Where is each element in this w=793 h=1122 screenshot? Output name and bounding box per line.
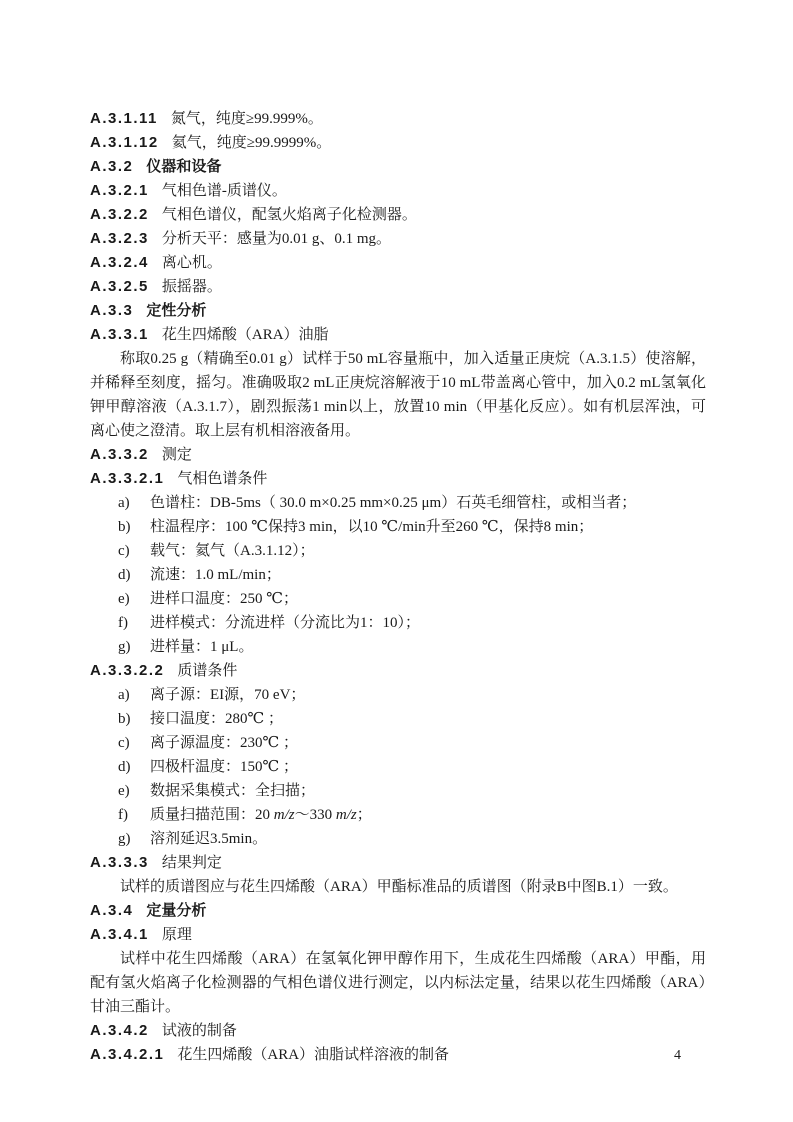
mz-symbol: m/z [274,807,295,823]
document-body: A.3.1.11氮气，纯度≥99.999%。 A.3.1.12氦气，纯度≥99.… [90,107,706,1067]
mass-range-prefix: 质量扫描范围：20 [150,807,274,823]
clause-number: A.3.4.1 [90,926,149,943]
list-marker: e) [118,779,150,803]
clause-text: 原理 [162,927,192,943]
clause-number: A.3.2.1 [90,182,149,199]
list-text: 溶剂延迟3.5min。 [150,831,267,847]
list-text: 进样口温度：250 ℃； [150,591,298,607]
clause-number: A.3.2.2 [90,206,149,223]
clause-number: A.3.2 [90,158,133,175]
gc-condition-d: d)流速：1.0 mL/min； [90,563,706,587]
list-text: 四极杆温度：150℃ ； [150,759,298,775]
clause-number: A.3.4 [90,902,133,919]
clause-number: A.3.2.3 [90,230,149,247]
paragraph-principle: 试样中花生四烯酸（ARA）在氢氧化钾甲醇作用下，生成花生四烯酸（ARA）甲酯，用… [90,947,706,1019]
clause-number: A.3.3.2.2 [90,662,164,679]
list-marker: c) [118,731,150,755]
ms-condition-g: g)溶剂延迟3.5min。 [90,827,706,851]
list-marker: g) [118,827,150,851]
gc-condition-f: f)进样模式：分流进样（分流比为1：10）； [90,611,706,635]
heading-text: 定性分析 [146,302,206,319]
clause-text: 离心机。 [162,255,222,271]
clause-a3112: A.3.1.12氦气，纯度≥99.9999%。 [90,131,706,155]
list-text: 离子源温度：230℃ ； [150,735,298,751]
clause-number: A.3.3.1 [90,326,149,343]
clause-text: 氮气，纯度≥99.999%。 [171,111,323,127]
clause-a325: A.3.2.5振摇器。 [90,275,706,299]
list-marker: f) [118,803,150,827]
clause-number: A.3.3.3 [90,854,149,871]
clause-text: 试液的制备 [162,1023,237,1039]
clause-number: A.3.2.5 [90,278,149,295]
clause-number: A.3.3 [90,302,133,319]
clause-a324: A.3.2.4离心机。 [90,251,706,275]
list-text: 进样量：1 μL。 [150,639,253,655]
document-page: { "page_number": "4", "colors": { "text"… [0,0,793,1122]
list-marker: c) [118,539,150,563]
ms-condition-c: c)离子源温度：230℃ ； [90,731,706,755]
list-marker: a) [118,683,150,707]
clause-text: 振摇器。 [162,279,222,295]
list-marker: e) [118,587,150,611]
clause-a341: A.3.4.1原理 [90,923,706,947]
clause-a321: A.3.2.1气相色谱-质谱仪。 [90,179,706,203]
clause-a3111: A.3.1.11氮气，纯度≥99.999%。 [90,107,706,131]
gc-condition-c: c)载气：氦气（A.3.1.12）； [90,539,706,563]
list-text: 流速：1.0 mL/min； [150,567,281,583]
ms-condition-b: b)接口温度：280℃ ； [90,707,706,731]
heading-a32: A.3.2仪器和设备 [90,155,706,179]
list-marker: a) [118,491,150,515]
list-text: 进样模式：分流进样（分流比为1：10）； [150,615,420,631]
heading-a34: A.3.4定量分析 [90,899,706,923]
clause-a333: A.3.3.3结果判定 [90,851,706,875]
heading-text: 仪器和设备 [146,158,221,175]
clause-number: A.3.2.4 [90,254,149,271]
clause-text: 花生四烯酸（ARA）油脂试样溶液的制备 [177,1047,449,1063]
clause-number: A.3.4.2.1 [90,1046,164,1063]
clause-text: 分析天平：感量为0.01 g、0.1 mg。 [162,231,391,247]
clause-text: 结果判定 [162,855,222,871]
gc-condition-a: a)色谱柱：DB-5ms（ 30.0 m×0.25 mm×0.25 μm）石英毛… [90,491,706,515]
mz-symbol: m/z [336,807,357,823]
list-text: 柱温程序：100 ℃保持3 min，以10 ℃/min升至260 ℃，保持8 m… [150,519,593,535]
list-marker: b) [118,707,150,731]
list-text: 载气：氦气（A.3.1.12）； [150,543,315,559]
paragraph-sample-prep: 称取0.25 g（精确至0.01 g）试样于50 mL容量瓶中，加入适量正庚烷（… [90,347,706,443]
clause-a331: A.3.3.1花生四烯酸（ARA）油脂 [90,323,706,347]
clause-a3322: A.3.3.2.2质谱条件 [90,659,706,683]
clause-a323: A.3.2.3分析天平：感量为0.01 g、0.1 mg。 [90,227,706,251]
clause-number: A.3.3.2 [90,446,149,463]
clause-number: A.3.1.11 [90,110,158,127]
page-number: 4 [674,1044,681,1068]
list-text: 数据采集模式：全扫描； [150,783,315,799]
clause-number: A.3.4.2 [90,1022,149,1039]
clause-a322: A.3.2.2气相色谱仪，配氢火焰离子化检测器。 [90,203,706,227]
list-text: 质量扫描范围：20 m/z～330 m/z； [150,807,372,823]
gc-condition-e: e)进样口温度：250 ℃； [90,587,706,611]
list-text: 离子源：EI源，70 eV； [150,687,305,703]
mass-range-suffix: ； [357,807,372,823]
ms-condition-a: a)离子源：EI源，70 eV； [90,683,706,707]
clause-number: A.3.3.2.1 [90,470,164,487]
gc-condition-b: b)柱温程序：100 ℃保持3 min，以10 ℃/min升至260 ℃，保持8… [90,515,706,539]
ms-condition-f: f)质量扫描范围：20 m/z～330 m/z； [90,803,706,827]
list-marker: d) [118,563,150,587]
clause-text: 测定 [162,447,192,463]
clause-text: 气相色谱-质谱仪。 [162,183,287,199]
clause-text: 气相色谱条件 [177,471,267,487]
gc-condition-g: g)进样量：1 μL。 [90,635,706,659]
clause-number: A.3.1.12 [90,134,159,151]
clause-a3321: A.3.3.2.1气相色谱条件 [90,467,706,491]
heading-a33: A.3.3定性分析 [90,299,706,323]
clause-text: 氦气，纯度≥99.9999%。 [172,135,331,151]
heading-text: 定量分析 [146,902,206,919]
list-marker: g) [118,635,150,659]
mass-range-mid: ～330 [295,807,336,823]
ms-condition-d: d)四极杆温度：150℃ ； [90,755,706,779]
list-text: 接口温度：280℃ ； [150,711,283,727]
list-marker: d) [118,755,150,779]
clause-a332: A.3.3.2测定 [90,443,706,467]
clause-text: 气相色谱仪，配氢火焰离子化检测器。 [162,207,417,223]
clause-text: 质谱条件 [177,663,237,679]
list-marker: b) [118,515,150,539]
clause-a342: A.3.4.2试液的制备 [90,1019,706,1043]
list-marker: f) [118,611,150,635]
paragraph-result-judgement: 试样的质谱图应与花生四烯酸（ARA）甲酯标准品的质谱图（附录B中图B.1）一致。 [90,875,706,899]
clause-a3421: A.3.4.2.1花生四烯酸（ARA）油脂试样溶液的制备 [90,1043,706,1067]
clause-text: 花生四烯酸（ARA）油脂 [162,327,329,343]
list-text: 色谱柱：DB-5ms（ 30.0 m×0.25 mm×0.25 μm）石英毛细管… [150,495,636,511]
ms-condition-e: e)数据采集模式：全扫描； [90,779,706,803]
